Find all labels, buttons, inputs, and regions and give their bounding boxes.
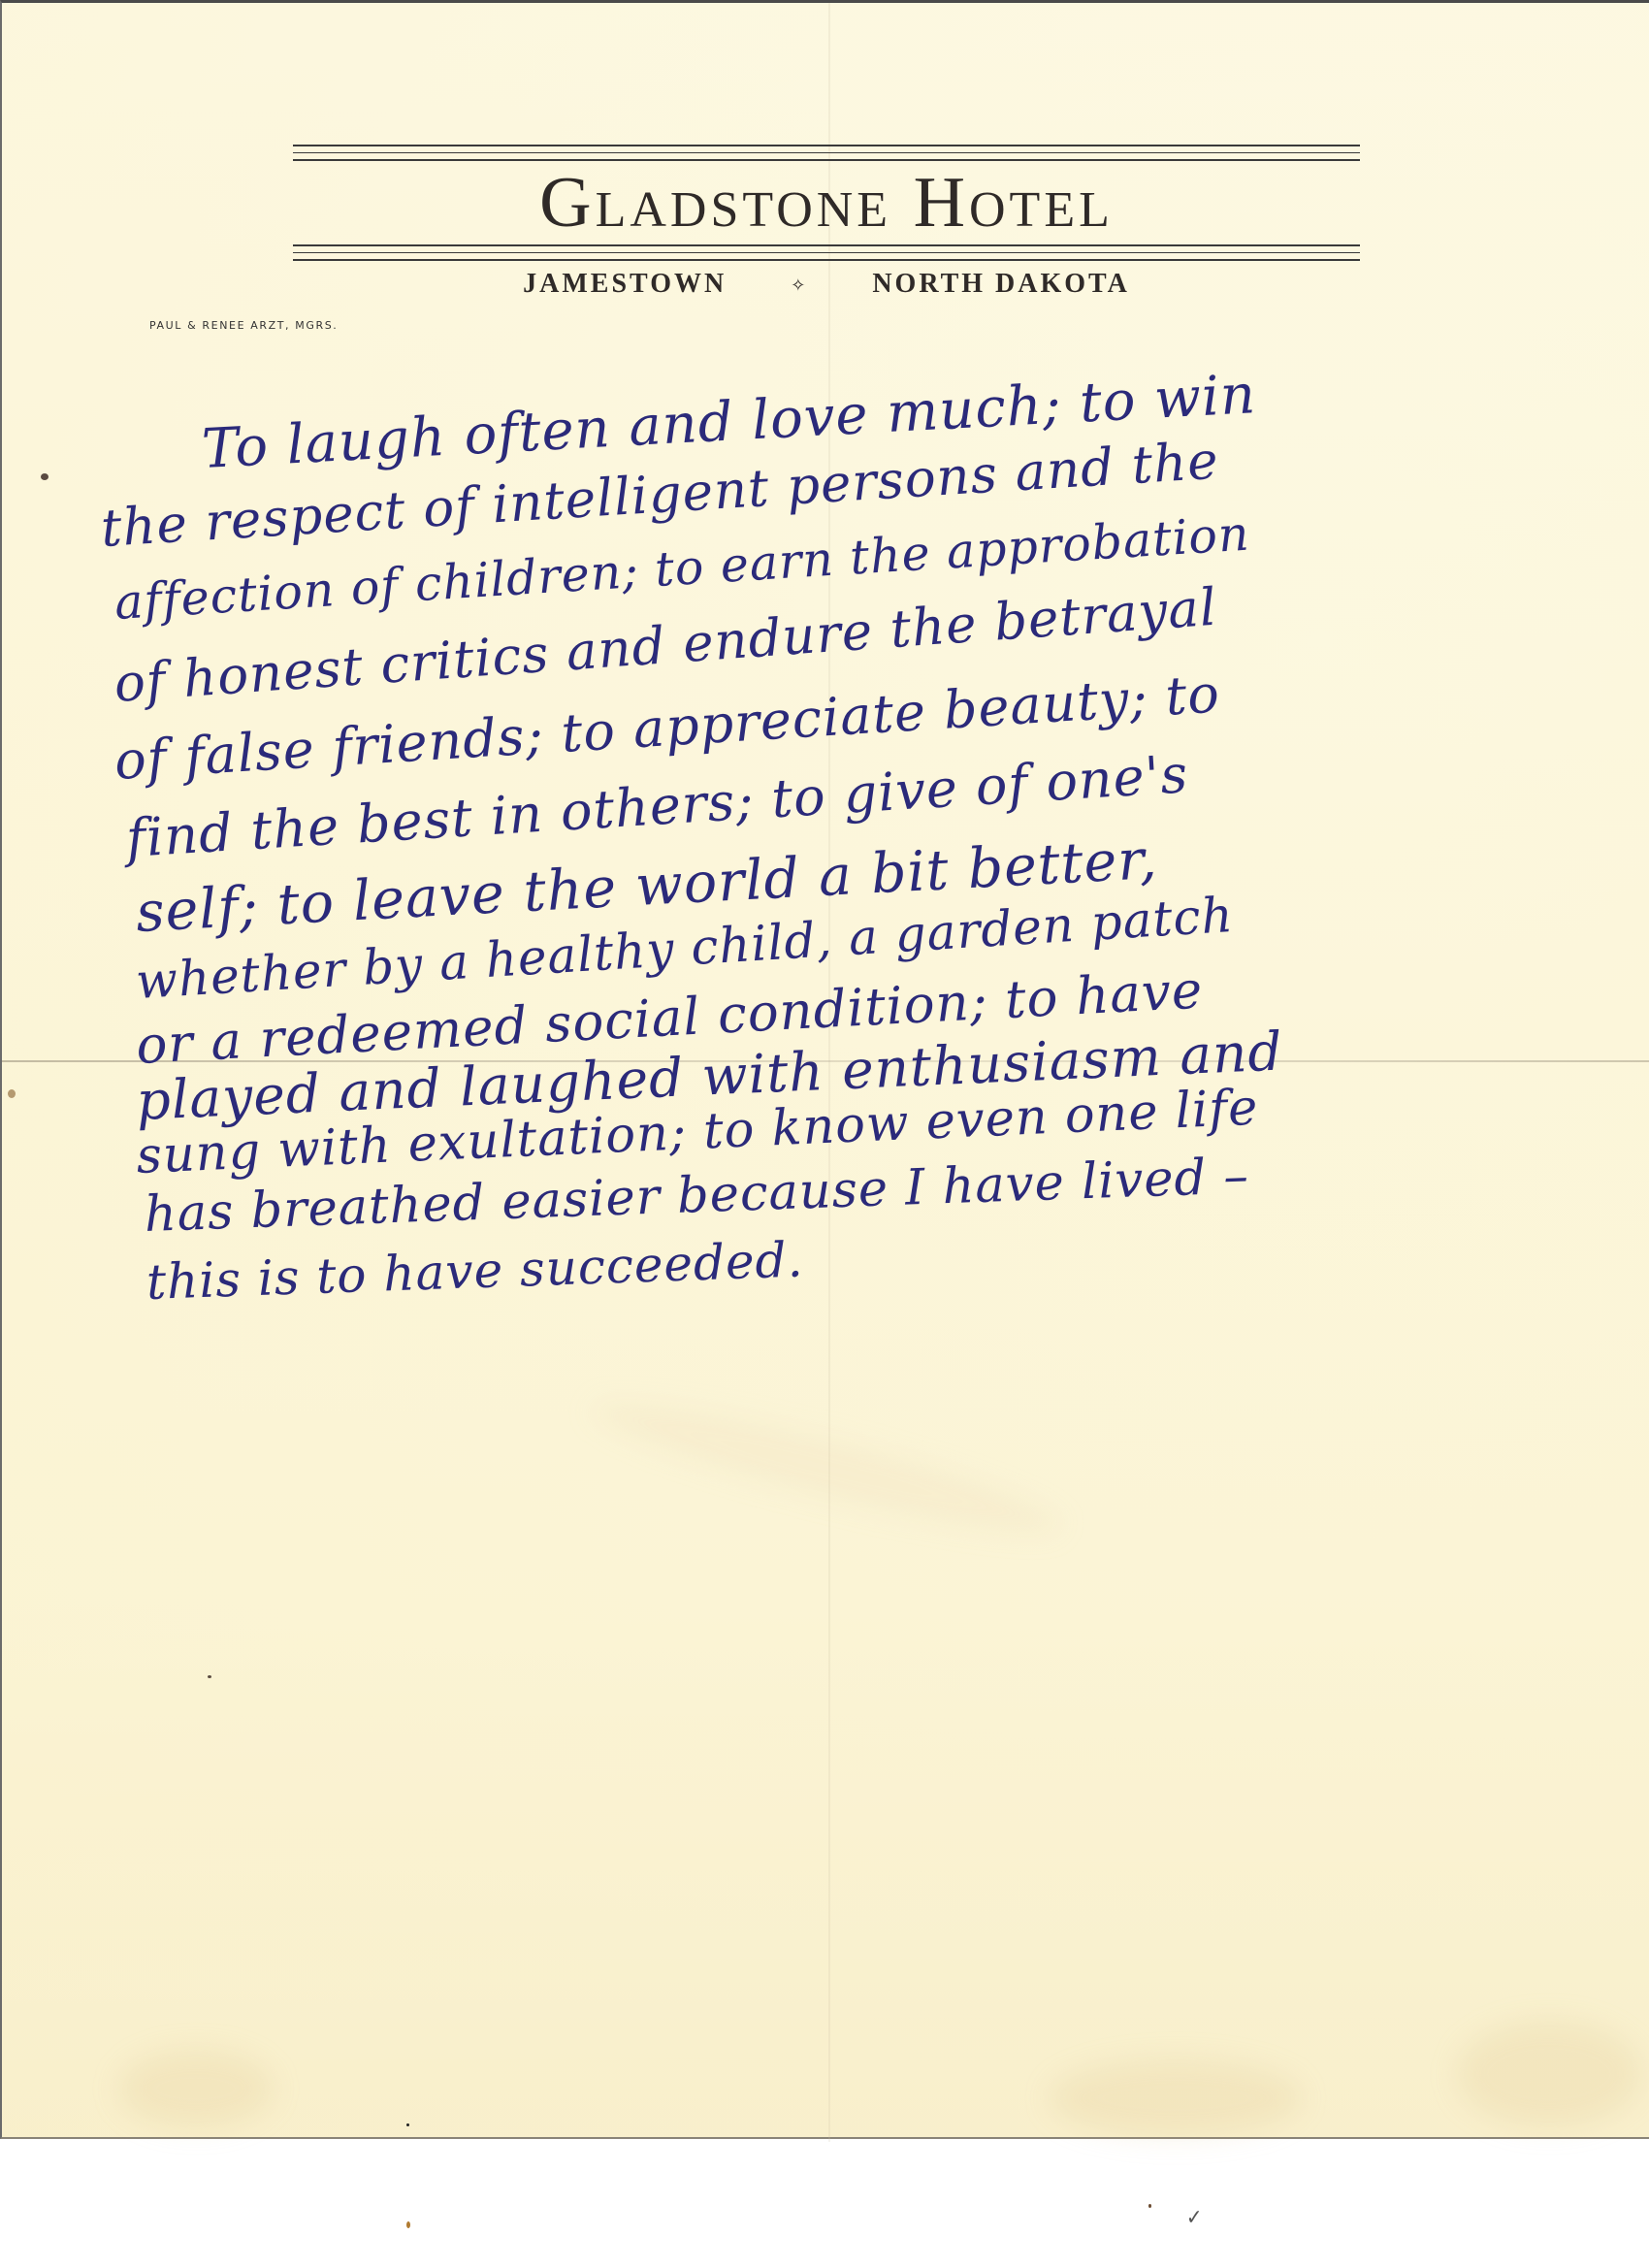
paper-stain xyxy=(1050,2059,1302,2137)
paper-speck xyxy=(8,1089,16,1098)
scanner-speck xyxy=(1148,2204,1151,2208)
paper-stain xyxy=(118,2050,274,2127)
check-mark-icon: ✓ xyxy=(1186,2206,1203,2230)
handwritten-line: this is to have succeeded. xyxy=(145,1231,804,1311)
handwritten-letter-body: To laugh often and love much; to win the… xyxy=(2,3,1649,1361)
paper-speck xyxy=(406,2123,409,2126)
scanner-speck xyxy=(406,2221,410,2228)
scan-background: Gladstone Hotel JAMESTOWN ✧ NORTH DAKOTA… xyxy=(0,0,1649,2268)
letter-paper: Gladstone Hotel JAMESTOWN ✧ NORTH DAKOTA… xyxy=(0,0,1649,2139)
paper-stain xyxy=(1457,2021,1641,2127)
paper-speck xyxy=(208,1675,211,1678)
paper-stain xyxy=(584,1380,1069,1554)
paper-speck xyxy=(41,473,48,480)
